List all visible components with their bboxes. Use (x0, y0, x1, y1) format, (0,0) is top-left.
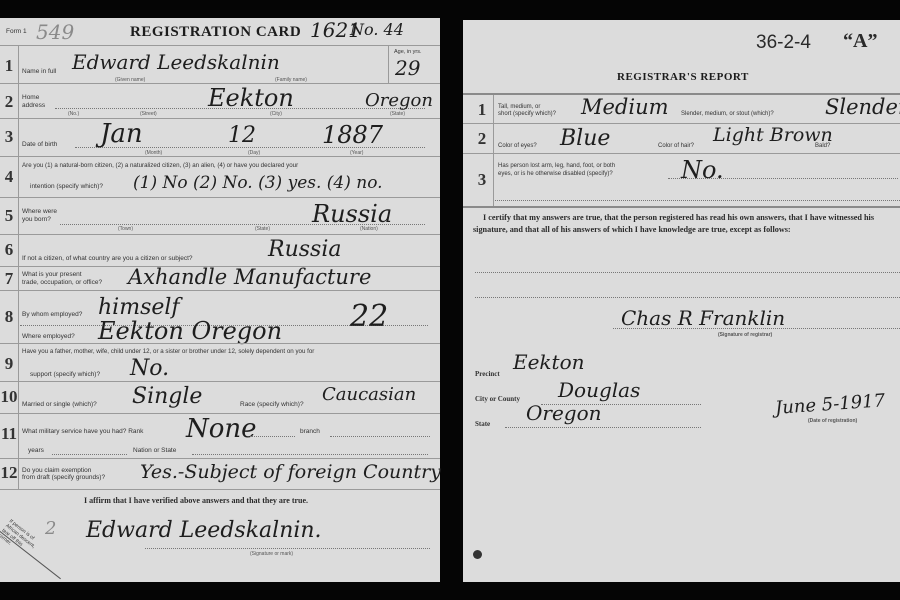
row-marital-status: 10 Married or single (which)? Single Rac… (0, 381, 440, 414)
dependents-value: No. (130, 356, 169, 381)
row-birthplace: 5 Where were you born? (Town) (State) (N… (0, 197, 440, 235)
row-occupation: 7 What is your present trade, occupation… (0, 266, 440, 291)
file-code: 36-2-4 (756, 32, 811, 54)
registrant-signature: Edward Leedskalnin. (86, 518, 322, 543)
birth-year: 1887 (322, 121, 383, 149)
employer-note: 22 (350, 299, 388, 334)
corner-note: If person is of African descent, tear of… (0, 518, 43, 562)
card-title: REGISTRATION CARD (130, 24, 301, 41)
ink-blot (473, 550, 482, 559)
age-value: 29 (395, 56, 420, 80)
report-row-eyes-hair: 2 Color of eyes? Blue Color of hair? Lig… (463, 123, 900, 154)
citizen-of-value: Russia (268, 237, 341, 262)
eye-color-value: Blue (560, 126, 610, 151)
registration-date: June 5-1917 (774, 390, 885, 419)
form-label: Form 1 (6, 28, 27, 36)
form-number: 549 (36, 20, 74, 44)
certification-statement: I certify that my answers are true, that… (473, 212, 900, 236)
row-citizenship: 4 Are you (1) a natural-born citizen, (2… (0, 156, 440, 198)
report-title: REGISTRAR'S REPORT (617, 71, 749, 83)
build-value: Slender (825, 95, 900, 119)
affirmation-statement: I affirm that I have verified above answ… (84, 496, 308, 505)
registration-card: Form 1 549 REGISTRATION CARD 1621 No. 44… (0, 18, 440, 582)
marital-value: Single (132, 384, 202, 409)
row-employer: 8 By whom employed? himself Where employ… (0, 290, 440, 344)
birth-month: Jan (100, 119, 143, 149)
home-state: Oregon (365, 90, 433, 111)
row-military-service: 11 What military service have you had? R… (0, 413, 440, 459)
military-rank-value: None (186, 414, 257, 444)
registrar-signature: Chas R Franklin (621, 306, 785, 330)
corner-mark: 2 (45, 518, 56, 539)
precinct-value: Eekton (513, 350, 585, 374)
birthplace-value: Russia (312, 200, 392, 228)
birth-day: 12 (228, 123, 256, 148)
state-value: Oregon (526, 401, 602, 425)
exemption-value: Yes.-Subject of foreign Country (140, 461, 441, 483)
row-dependents: 9 Have you a father, mother, wife, child… (0, 343, 440, 382)
report-row-height: 1 Tall, medium, or short (specify which)… (463, 93, 900, 125)
registrars-report-card: 36-2-4 “A” REGISTRAR'S REPORT 1 Tall, me… (463, 20, 900, 582)
citizenship-value: (1) No (2) No. (3) yes. (4) no. (133, 173, 383, 193)
serial-suffix: No. 44 (350, 20, 404, 39)
race-value: Caucasian (322, 384, 416, 405)
employer-location: Eekton Oregon (98, 317, 282, 345)
row-home-address: 2 Home address (No.) (Street) (City) (St… (0, 83, 440, 119)
row-date-of-birth: 3 Date of birth (Month) (Day) (Year) Jan… (0, 118, 440, 157)
height-value: Medium (581, 95, 669, 119)
row-citizen-of: 6 If not a citizen, of what country are … (0, 234, 440, 267)
class-code: “A” (843, 30, 877, 53)
county-value: Douglas (558, 378, 640, 402)
disability-value: No. (681, 156, 724, 184)
row-name: 1 Name in full Edward Leedskalnin (Given… (0, 45, 440, 84)
occupation-value: Axhandle Manufacture (128, 265, 371, 289)
name-value: Edward Leedskalnin (72, 50, 280, 74)
row-exemption: 12 Do you claim exemption from draft (sp… (0, 458, 440, 490)
report-row-disability: 3 Has person lost arm, leg, hand, foot, … (463, 153, 900, 208)
home-city: Eekton (208, 84, 294, 112)
